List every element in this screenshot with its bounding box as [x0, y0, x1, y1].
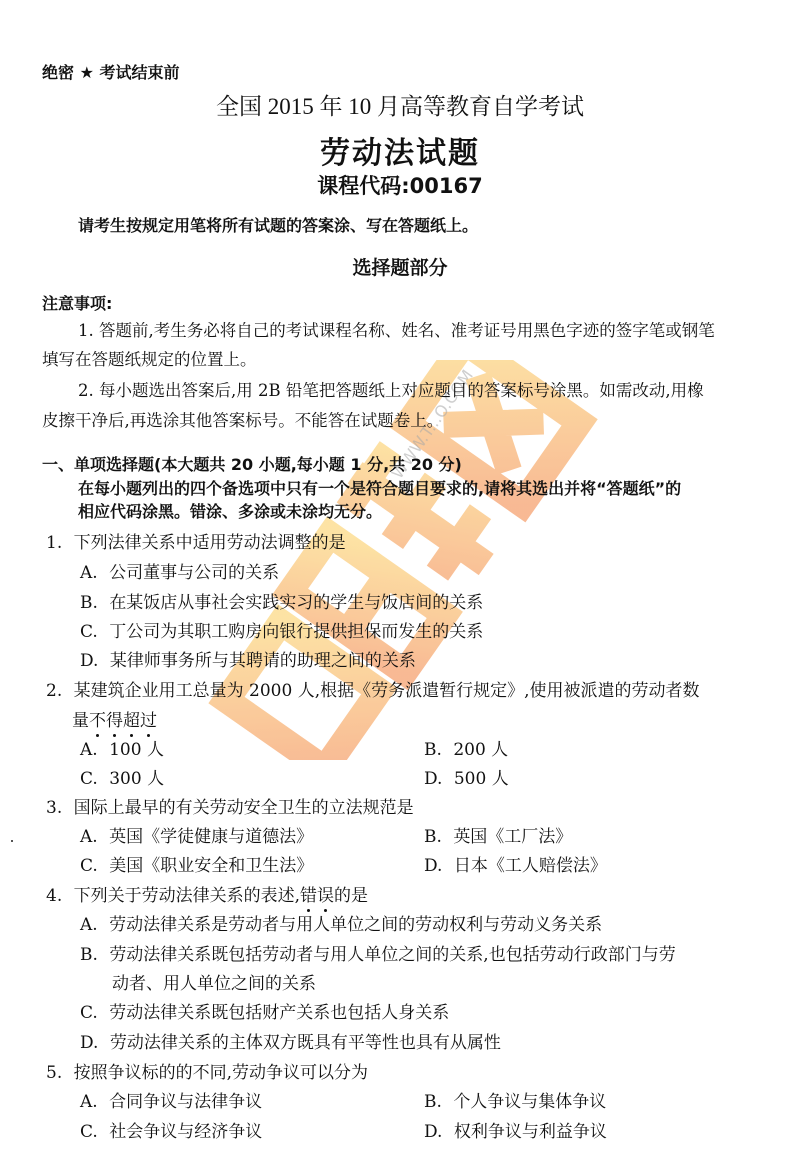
- question-4-option-d: D. 劳动法律关系的主体双方既具有平等性也具有从属性: [80, 1028, 501, 1053]
- question-4-option-b: B. 劳动法律关系既包括劳动者与用人单位之间的关系,也包括劳动行政部门与劳: [80, 940, 676, 965]
- question-stem: 下列法律关系中适用劳动法调整的是: [74, 533, 346, 553]
- question-1-option-a: A. 公司董事与公司的关系: [80, 558, 279, 583]
- question-2: 2. 某建筑企业用工总量为 2000 人,根据《劳务派遣暂行规定》,使用被派遣的…: [46, 676, 700, 701]
- question-3: 3. 国际上最早的有关劳动安全卫生的立法规范是: [46, 793, 414, 818]
- scan-artifact: [11, 840, 13, 842]
- question-2-option-b: B. 200 人: [424, 735, 508, 760]
- question-4: 4. 下列关于劳动法律关系的表述,错误的是: [46, 881, 368, 906]
- note-2-line-1: 2. 每小题选出答案后,用 2B 铅笔把答题纸上对应题目的答案标号涂黑。如需改动…: [78, 377, 704, 401]
- emphasis-char: 误: [317, 881, 334, 906]
- subject-title: 劳动法试题: [0, 128, 800, 172]
- notes-heading: 注意事项:: [42, 291, 112, 314]
- question-3-option-d: D. 日本《工人赔偿法》: [424, 851, 607, 876]
- question-3-option-c: C. 美国《职业安全和卫生法》: [80, 851, 313, 876]
- question-4-option-b-continued: 动者、用人单位之间的关系: [112, 969, 316, 994]
- question-stem: 某建筑企业用工总量为 2000 人,根据《劳务派遣暂行规定》,使用被派遣的劳动者…: [74, 681, 700, 701]
- question-5-option-c: C. 社会争议与经济争议: [80, 1117, 262, 1142]
- question-1: 1. 下列法律关系中适用劳动法调整的是: [46, 528, 346, 553]
- part-heading: 一、单项选择题(本大题共 20 小题,每小题 1 分,共 20 分): [42, 452, 462, 475]
- section-title: 选择题部分: [0, 253, 800, 280]
- question-5: 5. 按照争议标的的不同,劳动争议可以分为: [46, 1058, 368, 1083]
- emphasis-char: 不: [89, 706, 106, 731]
- emphasis-char: 过: [140, 706, 157, 731]
- question-2-option-c: C. 300 人: [80, 764, 164, 789]
- question-number: 2.: [46, 681, 62, 701]
- question-number: 4.: [46, 886, 62, 906]
- question-1-option-d: D. 某律师事务所与其聘请的助理之间的关系: [80, 646, 416, 671]
- note-1-line-1: 1. 答题前,考生务必将自己的考试课程名称、姓名、准考证号用黑色字迹的签字笔或钢…: [78, 317, 715, 341]
- question-4-option-c: C. 劳动法律关系既包括财产关系也包括人身关系: [80, 998, 449, 1023]
- question-5-option-d: D. 权利争议与利益争议: [424, 1117, 607, 1142]
- part-description-line-2: 相应代码涂黑。错涂、多涂或未涂均无分。: [78, 499, 382, 522]
- emphasis-char: 得: [106, 706, 123, 731]
- question-stem: 按照争议标的的不同,劳动争议可以分为: [74, 1063, 368, 1083]
- note-2-line-2: 皮擦干净后,再选涂其他答案标号。不能答在试题卷上。: [42, 407, 443, 431]
- question-4-option-a: A. 劳动法律关系是劳动者与用人单位之间的劳动权利与劳动义务关系: [80, 910, 602, 935]
- question-5-option-a: A. 合同争议与法律争议: [80, 1087, 262, 1112]
- question-number: 5.: [46, 1063, 62, 1083]
- question-number: 3.: [46, 798, 62, 818]
- question-1-option-c: C. 丁公司为其职工购房向银行提供担保而发生的关系: [80, 617, 483, 642]
- question-stem: 国际上最早的有关劳动安全卫生的立法规范是: [74, 798, 414, 818]
- confidential-label: 绝密 ★ 考试结束前: [42, 60, 180, 83]
- question-number: 1.: [46, 533, 62, 553]
- question-stem: 下列关于劳动法律关系的表述,错误的是: [74, 886, 368, 906]
- question-5-option-b: B. 个人争议与集体争议: [424, 1087, 606, 1112]
- question-3-option-b: B. 英国《工厂法》: [424, 822, 572, 847]
- question-2-option-a: A. 100 人: [80, 735, 164, 760]
- question-1-option-b: B. 在某饭店从事社会实践实习的学生与饭店间的关系: [80, 588, 483, 613]
- exam-title: 全国 2015 年 10 月高等教育自学考试: [0, 88, 800, 121]
- course-code: 课程代码:00167: [0, 170, 800, 200]
- emphasis-char: 错: [300, 881, 317, 906]
- question-3-option-a: A. 英国《学徒健康与道德法》: [80, 822, 313, 847]
- answer-instruction: 请考生按规定用笔将所有试题的答案涂、写在答题纸上。: [78, 213, 478, 236]
- emphasis-char: 超: [123, 706, 140, 731]
- question-2-option-d: D. 500 人: [424, 764, 509, 789]
- part-description-line-1: 在每小题列出的四个备选项中只有一个是符合题目要求的,请将其选出并将“答题纸”的: [78, 476, 681, 499]
- note-1-line-2: 填写在答题纸规定的位置上。: [42, 346, 257, 370]
- question-2-stem-continued: 量不得超过: [72, 706, 157, 731]
